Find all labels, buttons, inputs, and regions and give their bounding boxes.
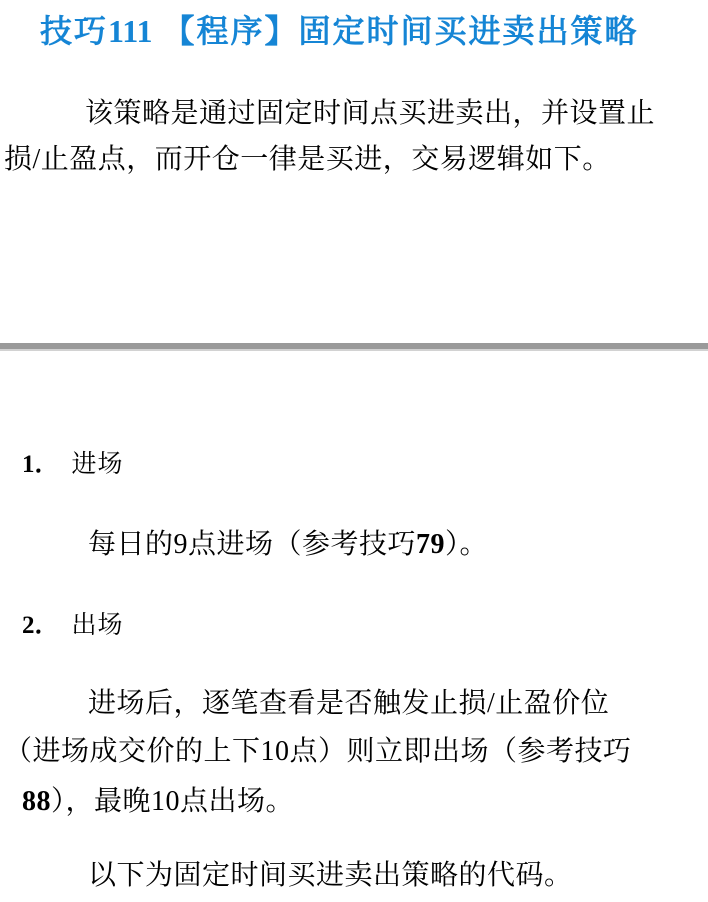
title-prefix: 技巧 bbox=[40, 13, 108, 49]
title-suffix: 【程序】固定时间买进卖出策略 bbox=[152, 13, 638, 49]
item-2-body-line-3-text: ），最晚10点出场。 bbox=[51, 786, 294, 817]
list-item-2-body-line-1: 进场后，逐笔查看是否触发止损/止盈价位 bbox=[88, 686, 609, 722]
item-2-reference-number: 88 bbox=[22, 786, 51, 817]
list-item-1-heading: 1．进场 bbox=[22, 449, 124, 481]
item-1-reference-number: 79 bbox=[416, 529, 445, 560]
list-item-1-body: 每日的9点进场（参考技巧79）。 bbox=[88, 527, 488, 563]
list-item-2-number: 2． bbox=[22, 612, 60, 639]
list-item-1-number: 1． bbox=[22, 451, 60, 478]
item-1-body-end: ）。 bbox=[445, 529, 488, 560]
item-1-body-text: 每日的9点进场（参考技巧 bbox=[88, 529, 416, 560]
list-item-2-heading: 2．出场 bbox=[22, 610, 124, 642]
list-item-2-body-line-3: 88），最晚10点出场。 bbox=[22, 784, 294, 820]
title-number: 111 bbox=[108, 13, 152, 49]
intro-paragraph-line-1: 该策略是通过固定时间点买进卖出，并设置止 bbox=[85, 96, 655, 132]
list-item-2-body-line-2: （进场成交价的上下10点）则立即出场（参考技巧 bbox=[4, 734, 632, 770]
section-divider bbox=[0, 343, 708, 351]
closing-paragraph: 以下为固定时间买进卖出策略的代码。 bbox=[88, 858, 573, 894]
list-item-1-label: 进场 bbox=[72, 451, 124, 478]
list-item-2-label: 出场 bbox=[72, 612, 124, 639]
intro-paragraph-line-2: 损/止盈点，而开仓一律是买进，交易逻辑如下。 bbox=[4, 142, 611, 178]
page-title: 技巧111 【程序】固定时间买进卖出策略 bbox=[40, 6, 639, 52]
document-page: 技巧111 【程序】固定时间买进卖出策略 该策略是通过固定时间点买进卖出，并设置… bbox=[0, 0, 708, 902]
